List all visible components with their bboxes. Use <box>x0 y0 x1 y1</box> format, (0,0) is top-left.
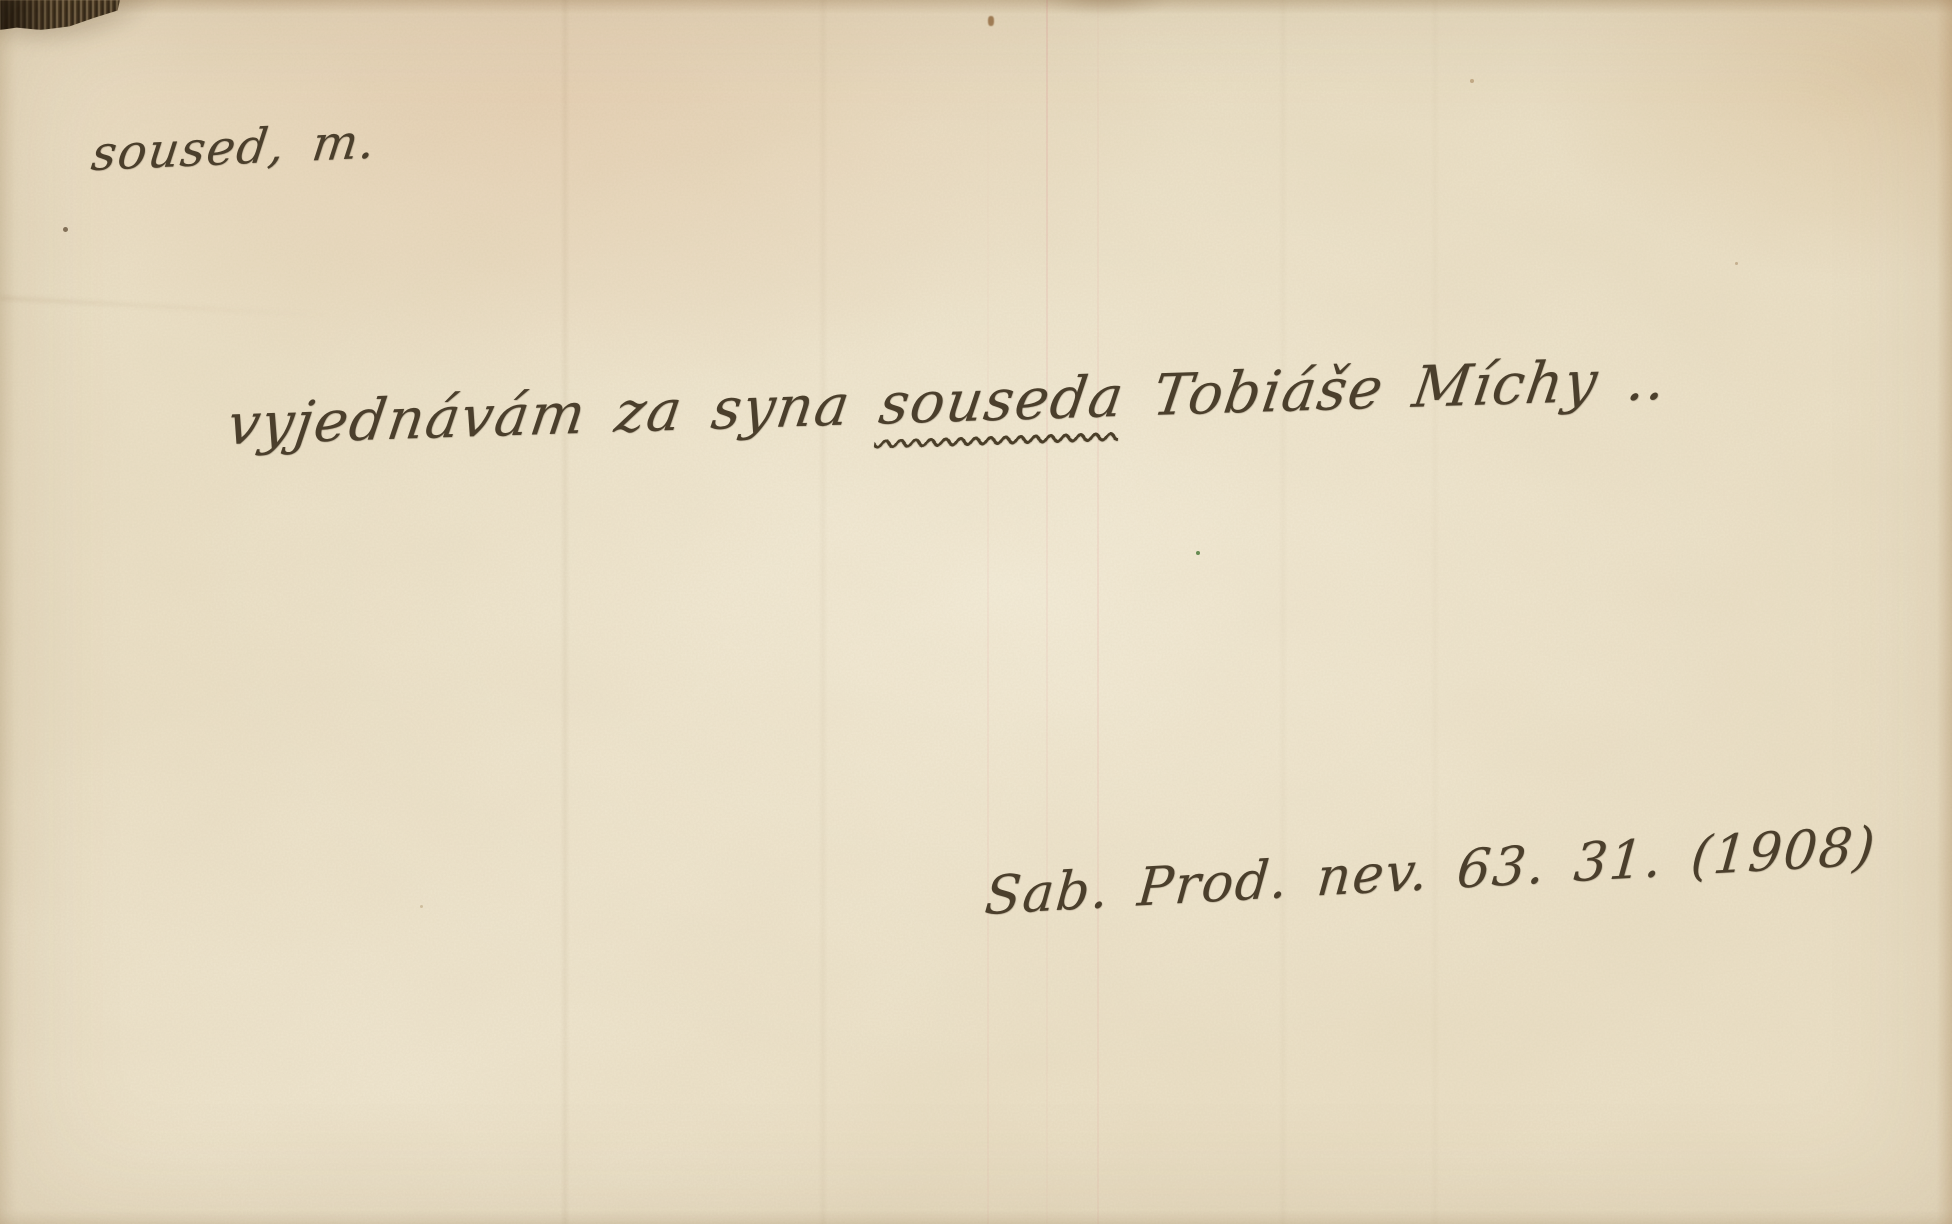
scan-vignette <box>0 0 1952 1224</box>
scanned-archive-card: soused, m. vyjednávám za syna souseda To… <box>0 0 1952 1224</box>
